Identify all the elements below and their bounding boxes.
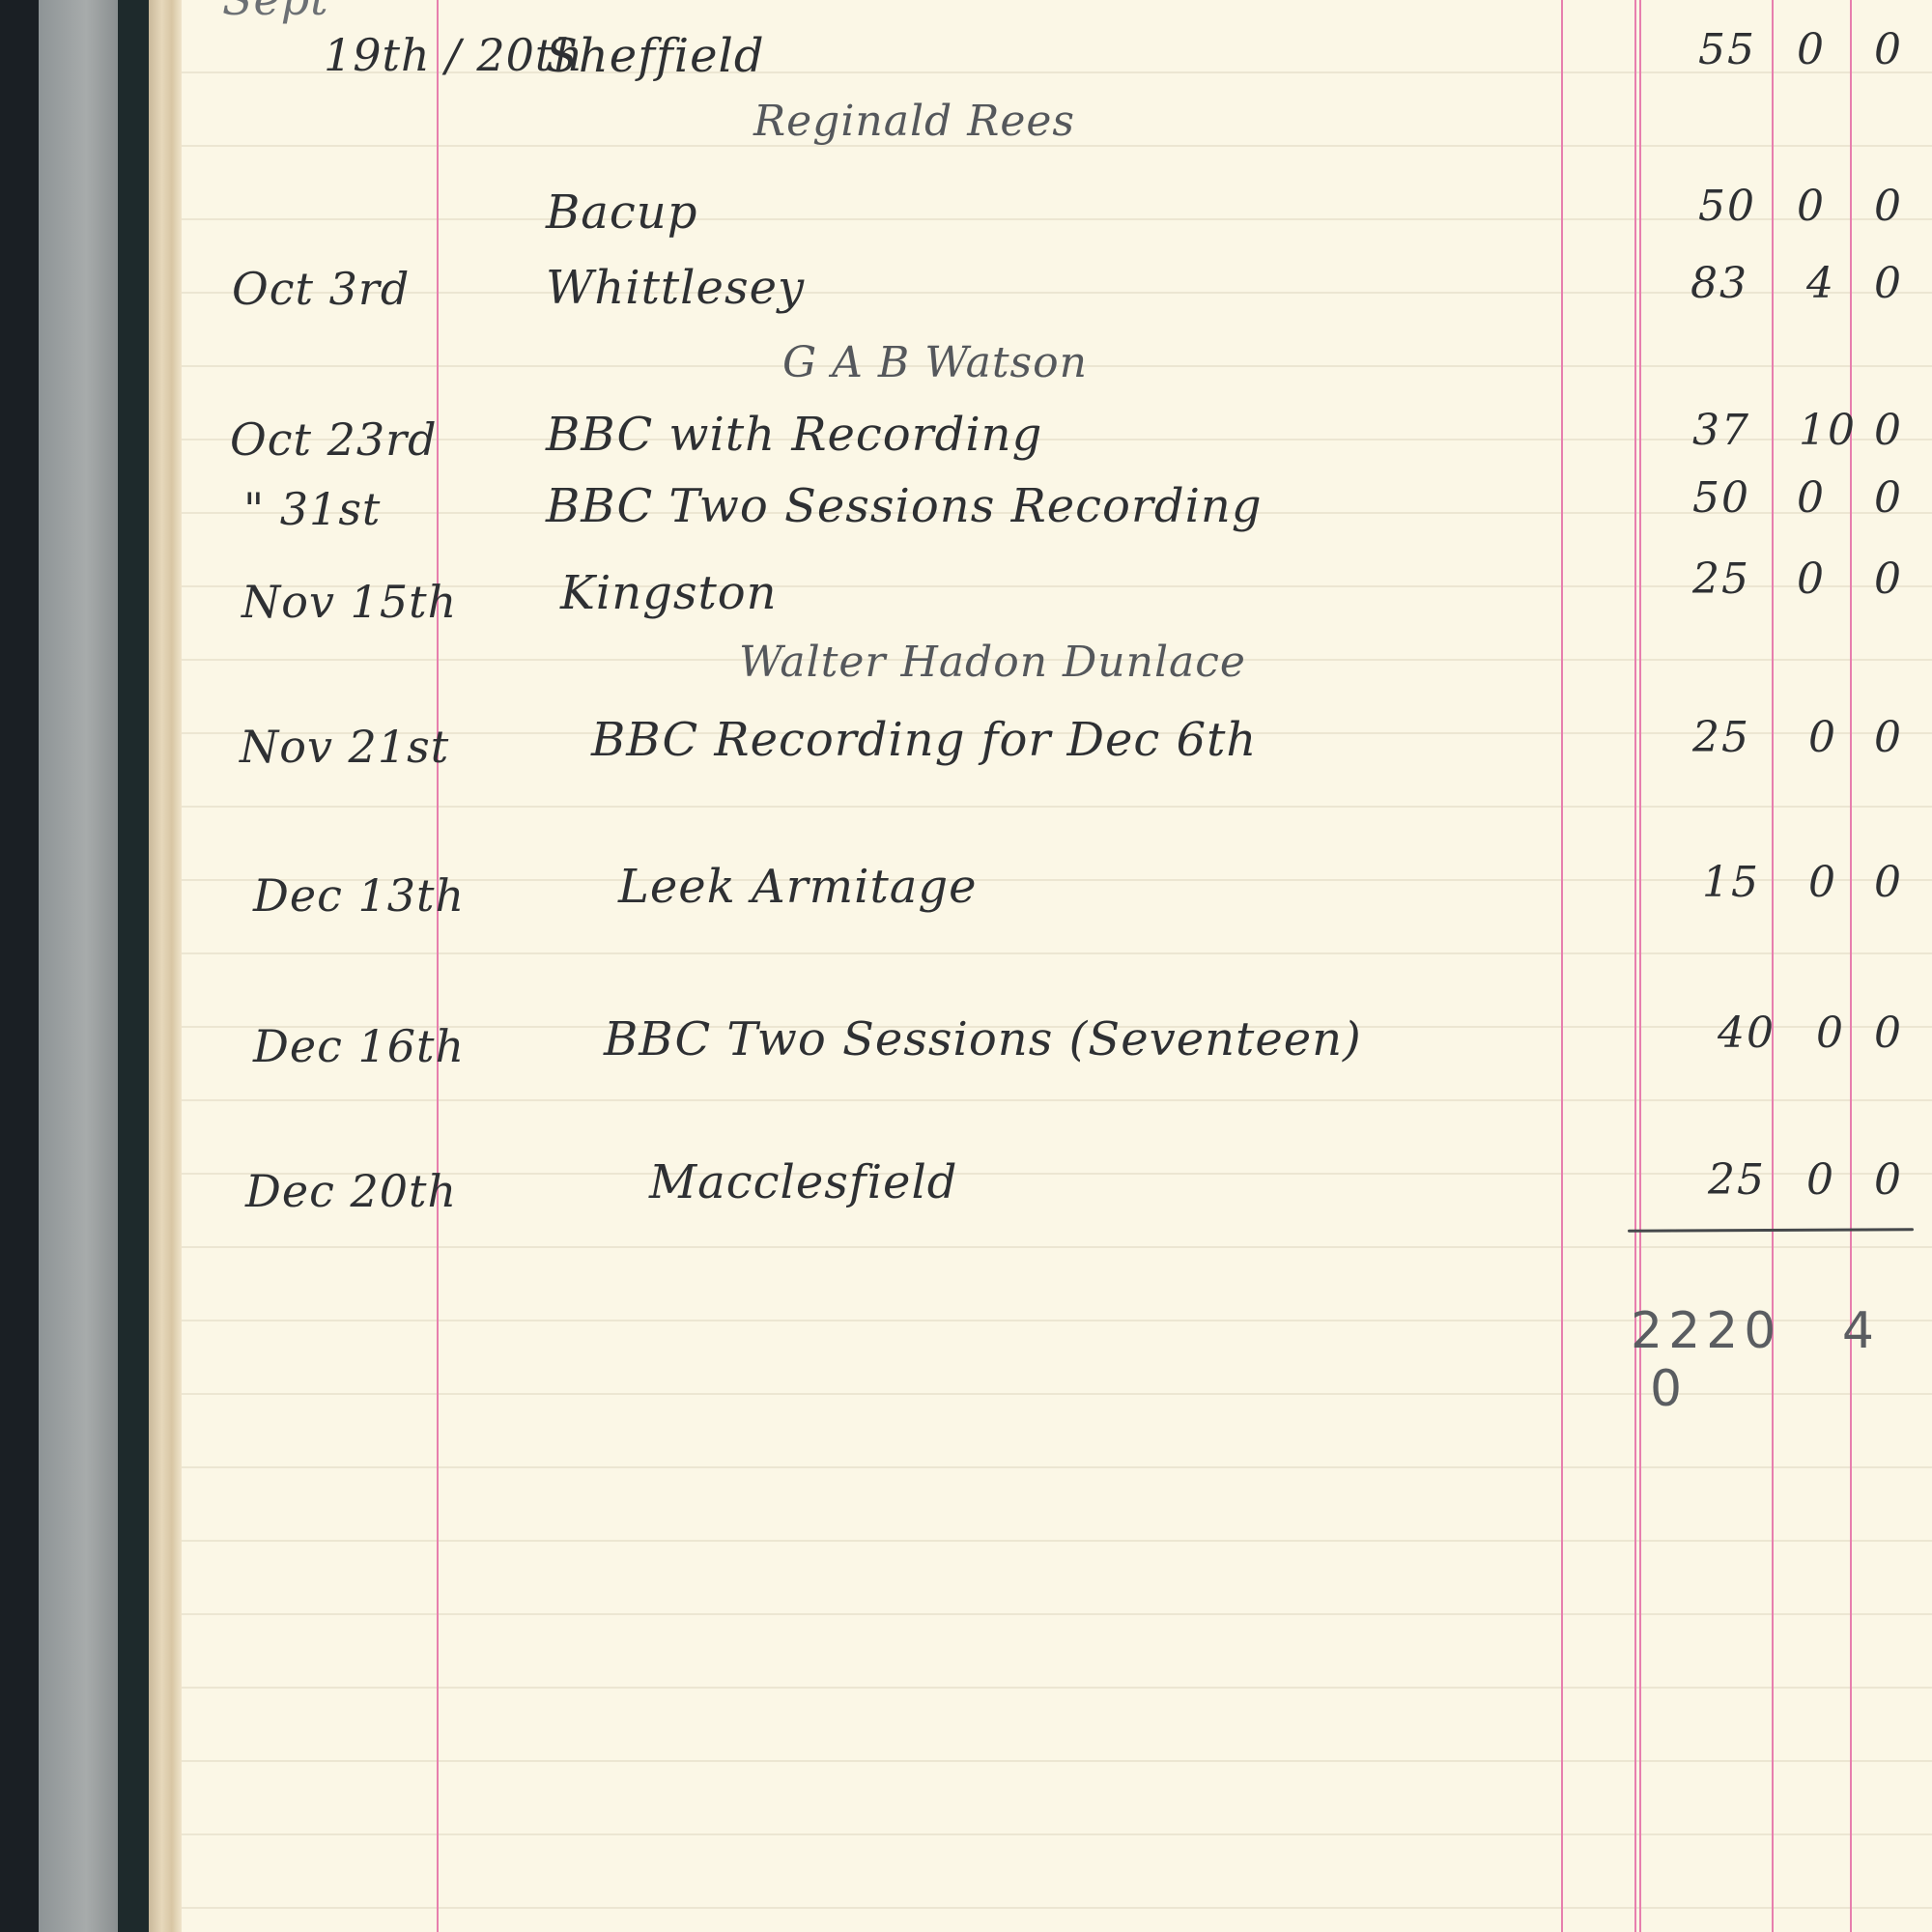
entry-description: Bacup bbox=[546, 185, 697, 240]
entry-date: Nov 15th bbox=[241, 576, 457, 628]
total-pounds: 2220 bbox=[1631, 1302, 1781, 1360]
entry-pounds: 40 bbox=[1718, 1009, 1776, 1058]
entry-date: 19th / 20th bbox=[324, 29, 583, 81]
entry-pounds: 15 bbox=[1702, 858, 1760, 907]
entry-pence: 0 bbox=[1874, 25, 1903, 74]
total-shillings: 4 bbox=[1842, 1302, 1880, 1360]
entry-date: Oct 23rd bbox=[230, 413, 438, 466]
shillings-column-rule bbox=[1772, 0, 1774, 1932]
entry-shillings: 0 bbox=[1816, 1009, 1845, 1058]
entry-date: Nov 21st bbox=[240, 721, 449, 773]
entry-pounds: 25 bbox=[1692, 713, 1750, 762]
date-column-rule bbox=[437, 0, 439, 1932]
ledger-page bbox=[182, 0, 1932, 1932]
entry-pence: 0 bbox=[1874, 858, 1903, 907]
page-stack-edge bbox=[149, 0, 182, 1932]
amount-column-rule-left-a bbox=[1634, 0, 1636, 1932]
entry-pounds: 83 bbox=[1690, 259, 1748, 308]
entry-date: Oct 3rd bbox=[232, 263, 410, 315]
entry-pence: 0 bbox=[1874, 1009, 1903, 1058]
entry-shillings: 0 bbox=[1806, 1155, 1835, 1205]
ledger-total: 2220 4 0 bbox=[1631, 1302, 1932, 1418]
entry-pence: 0 bbox=[1874, 713, 1903, 762]
entry-pence: 0 bbox=[1874, 473, 1903, 523]
entry-shillings: 0 bbox=[1797, 554, 1826, 604]
entry-description: Macclesfield bbox=[649, 1155, 958, 1209]
entry-pounds: 37 bbox=[1692, 406, 1750, 455]
entry-date: Dec 20th bbox=[245, 1165, 457, 1217]
entry-date: Dec 13th bbox=[253, 869, 465, 922]
entry-description: Sheffield bbox=[546, 29, 765, 83]
entry-pence: 0 bbox=[1874, 554, 1903, 604]
entry-shillings: 10 bbox=[1799, 406, 1857, 455]
book-spine-gap bbox=[39, 0, 118, 1932]
description-column-rule bbox=[1561, 0, 1563, 1932]
entry-pence: 0 bbox=[1874, 182, 1903, 231]
pence-column-rule bbox=[1850, 0, 1852, 1932]
book-binding-cloth bbox=[118, 0, 149, 1932]
entry-shillings: 4 bbox=[1806, 259, 1835, 308]
entry-description: Kingston bbox=[560, 566, 778, 620]
total-pence: 0 bbox=[1650, 1360, 1688, 1418]
entry-signature: Reginald Rees bbox=[753, 97, 1075, 146]
amount-column-rule-left-b bbox=[1639, 0, 1641, 1932]
entry-pence: 0 bbox=[1874, 406, 1903, 455]
entry-signature: Walter Hadon Dunlace bbox=[739, 638, 1246, 687]
entry-description: Leek Armitage bbox=[618, 860, 978, 914]
entry-pence: 0 bbox=[1874, 1155, 1903, 1205]
entry-pence: 0 bbox=[1874, 259, 1903, 308]
book-cover-edge bbox=[0, 0, 39, 1932]
cut-off-date: Sept bbox=[222, 0, 329, 25]
entry-shillings: 0 bbox=[1797, 182, 1826, 231]
entry-shillings: 0 bbox=[1797, 25, 1826, 74]
entry-pounds: 25 bbox=[1692, 554, 1750, 604]
entry-description: BBC Recording for Dec 6th bbox=[591, 713, 1257, 767]
entry-description: BBC with Recording bbox=[546, 408, 1042, 462]
entry-description: Whittlesey bbox=[546, 261, 805, 315]
entry-date: Dec 16th bbox=[253, 1020, 465, 1072]
entry-shillings: 0 bbox=[1808, 858, 1837, 907]
entry-date: " 31st bbox=[243, 483, 381, 535]
entry-pounds: 50 bbox=[1692, 473, 1750, 523]
entry-shillings: 0 bbox=[1797, 473, 1826, 523]
entry-pounds: 50 bbox=[1698, 182, 1756, 231]
entry-signature: G A B Watson bbox=[782, 338, 1088, 387]
entry-description: BBC Two Sessions (Seventeen) bbox=[604, 1012, 1362, 1066]
entry-pounds: 55 bbox=[1698, 25, 1756, 74]
entry-description: BBC Two Sessions Recording bbox=[546, 479, 1263, 533]
entry-pounds: 25 bbox=[1708, 1155, 1766, 1205]
entry-shillings: 0 bbox=[1808, 713, 1837, 762]
